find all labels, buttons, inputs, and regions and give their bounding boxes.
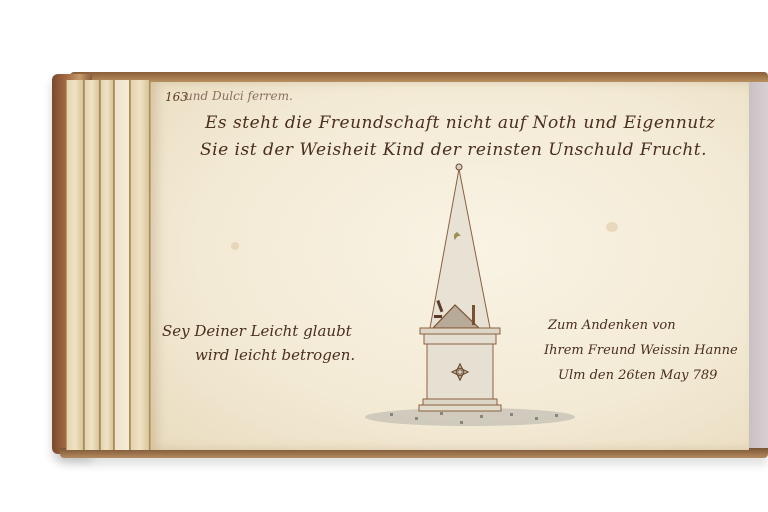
foxing-stain xyxy=(231,242,239,250)
obelisk-finial xyxy=(456,164,462,170)
motto-line-1: Sey Deiner Leicht glaubt xyxy=(162,322,352,340)
facing-page xyxy=(748,82,768,448)
page-edge xyxy=(100,80,114,450)
page-edge xyxy=(130,80,150,450)
motto-line-2: wird leicht betrogen. xyxy=(195,346,355,364)
dedication-line-3: Ulm den 26ten May 789 xyxy=(558,368,717,383)
book-cover-top xyxy=(70,72,768,82)
header-note: und Dulci ferrem. xyxy=(185,89,293,103)
pedestal-cap xyxy=(420,328,500,334)
foxing-stain xyxy=(606,222,618,232)
page-edge xyxy=(84,80,100,450)
verse-line-1: Es steht die Freundschaft nicht auf Noth… xyxy=(205,113,716,133)
page-edge xyxy=(114,80,130,450)
page-edge xyxy=(66,80,84,450)
pedestal-base xyxy=(423,399,497,405)
obelisk-illustration xyxy=(360,155,580,435)
